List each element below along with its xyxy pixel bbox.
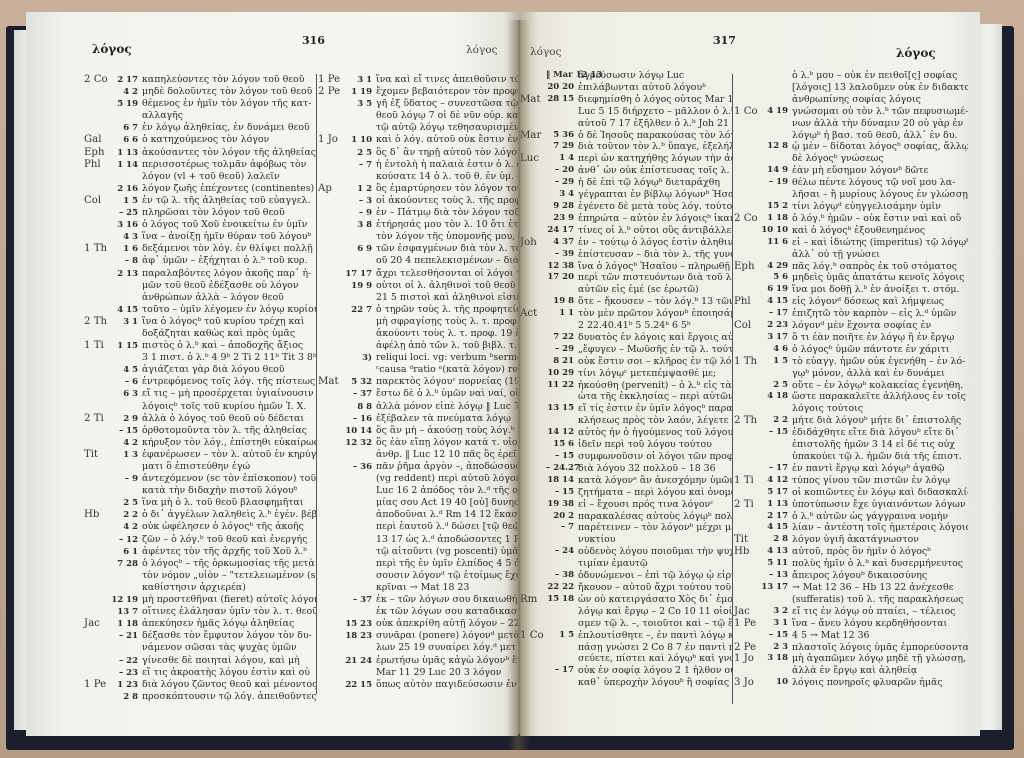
verse-number [760,403,792,415]
verse-number: 9 28 [546,201,578,213]
book-reference [84,655,110,667]
verse-number: – 15 [546,451,578,463]
verse-number: 18 23 [344,630,376,642]
book-reference [318,340,344,352]
concordance-entry: 3 1 πιστ. ὁ λ.ᵇ 4 9ᵇ 2 Ti 2 11ᵇ Tit 3 8ᵇ [84,352,316,364]
book-reference [734,82,760,94]
concordance-entry: – 6ἐντρεφόμενος τοῖς λόγ. τῆς πίστεως [84,376,316,388]
book-reference [84,473,110,485]
verse-number: 6 1 [110,546,142,558]
entry-text: ὁ λόγοςᵇ ὑμῶν πάντοτε ἐν χάριτι [792,344,949,356]
concordance-entry: ἀλλ᾽ οὐ τῇ γνώσει [734,249,968,261]
entry-text: ἀγρεύσωσιν λόγῳ Luc [578,70,684,82]
entry-text: θέμενος ἐν ἡμῖν τὸν λόγον τῆς κατ- [142,98,311,110]
verse-number [110,171,142,183]
concordance-entry: Act1 1τὸν μὲν πρῶτον λόγονᵇ ἐποιησάμην [520,308,732,320]
concordance-entry: 4 2κήρυξον τὸν λόγ., ἐπίστηθι εὐκαίρως [84,437,316,449]
concordance-entry: – 17ἐν παντὶ ἔργῳ καὶ λόγῳᵇ ἀγαθῷ [734,463,968,475]
concordance-entry: τὸν νόμον „υἱὸν – "τετελειωμένον (sc [84,570,316,582]
verse-number [546,558,578,570]
entry-text: ὧν οὐ κατειργάσατο Χὸς δι᾽ ἐμοῦ –, [578,594,732,606]
verse-number: – 15 [110,425,142,437]
concordance-entry: – 17οὐκ ἐν σοφίᾳ λόγου 2 1 ἦλθον οὐ [520,665,732,677]
book-reference [318,292,344,304]
concordance-entry: 2 5ὃς δ᾽ ἂν τηρῇ αὐτοῦ τὸν λόγον [318,147,518,159]
concordance-entry: 1 Jo1 10καὶ ὁ λόγ. αὐτοῦ οὐκ ἔστιν ἐν ἡμ… [318,134,518,146]
concordance-entry: 3 16ὁ λόγος τοῦ Χοῦ ἐνοικείτω ἐν ὑμῖν [84,219,316,231]
concordance-entry: 12 8ᾧ μὲν – δίδοται λόγοςᵇ σοφίας, ἄλλῳ [734,141,968,153]
entry-text: κρῖναι → Mat 18 23 [376,582,469,594]
entry-text: ἐδιδάχθητε εἴτε διὰ λόγουᵇ εἴτε δι᾽ [792,427,959,439]
entry-text: οὐκ ἔστιν σοι – κλῆρος ἐν τῷ λόγῳᵇ [578,356,732,368]
entry-text: συμφωνοῦσιν οἱ λόγοι τῶν προφητῶν [578,451,732,463]
book-reference [84,231,110,243]
book-reference [734,630,760,642]
entry-text: σουσιν λόγονᵈ τῷ ἑτοίμως ἔχοντι [376,570,518,582]
verse-number [760,94,792,106]
concordance-entry: Phl4 15εἰς λόγονᵈ δόσεως καὶ λήμψεως [734,296,968,308]
verse-number [110,485,142,497]
entry-text: ἤκουον – αὐτοῦ ἄχρι τούτου τοῦ λ. [578,582,732,594]
concordance-entry: 6 3εἴ τις – μὴ προσέρχεται ὑγιαίνουσιν [84,388,316,400]
concordance-entry: – 29„ἔφυγεν – Μωϋσῆς ἐν τῷ λ. τούτῳ" [520,344,732,356]
book-reference: 1 Pe [318,74,344,86]
concordance-entry: Gal6 6ὁ κατηχούμενος τὸν λόγον [84,134,316,146]
concordance-entry: δὲ λόγοςᵇ γνώσεως [734,153,968,165]
entry-text: ὁ λ.ᵇ μου – οὐκ ἐν πειθοῖ[ς] σοφίας [792,70,957,82]
concordance-entry: 3 Jo10λόγοις πονηροῖς φλυαρῶν ἡμᾶς [734,677,968,689]
concordance-entry: 20 2παρακαλέσας αὐτοὺς λόγῳᵇ πολλῷ [520,511,732,523]
verse-number [546,606,578,618]
concordance-entry: τῷ αἰτοῦντι (vg poscenti) ὑμᾶς λ.ᵈ [318,546,518,558]
entry-text: ἀλλὰ ἐν ἔργῳ καὶ ἀληθείᾳ [792,665,917,677]
entry-text: αὐτοῦ 7 17 ἐξῆλθεν ὁ λ.ᵇ Joh 21 23ᵇ [578,118,732,130]
verse-number: – 8 [110,255,142,267]
verse-number: – 37 [344,388,376,400]
verse-number [546,642,578,654]
book-reference: 3 Jo [734,677,760,689]
left-page-column-2: 1 Pe3 1ἵνα καὶ εἴ τινες ἀπειθοῦσιν τῷ λό… [318,74,518,691]
concordance-entry: οῦ 20 4 πεπελεκισμένων – διὰ κτλ. [318,255,518,267]
book-reference [734,522,760,534]
verse-number: 19 8 [546,296,578,308]
verse-number: – 16 [344,413,376,425]
right-page-column-2: ὁ λ.ᵇ μου – οὐκ ἐν πειθοῖ[ς] σοφίας[λόγο… [734,70,968,689]
book-reference [734,427,760,439]
book-gutter [508,20,530,750]
entry-text: παρέτεινεν – τὸν λόγονᵇ μέχρι μεσο- [578,522,732,534]
entry-text: ἀνθρώπων ἀλλὰ – λόγον θεοῦ [142,292,284,304]
book-reference [318,243,344,255]
verse-number: 4 12 [760,475,792,487]
left-page-column-1: 2 Co2 17καπηλεύοντες τὸν λόγον τοῦ θεοῦ4… [84,74,316,703]
entry-text: ἔχομεν βεβαιότερον τὸν προφητ. λ.ᵇ [376,86,518,98]
verse-number: – 24.27 [546,463,578,475]
entry-text: (sufferatis) τοῦ λ. τῆς παρακλήσεως [792,594,963,606]
concordance-entry: ὁ λ.ᵇ μου – οὐκ ἐν πειθοῖ[ς] σοφίας [734,70,968,82]
concordance-entry: Luc 16 2 ἀπόδος τὸν λ.ᵈ τῆς οἰκονο- [318,485,518,497]
book-reference [734,130,760,142]
concordance-entry: 2 13παραλαβόντες λόγον ἀκοῆς παρ᾽ ἡ- [84,268,316,280]
verse-number: 5 6 [760,272,792,284]
verse-number: 1 18 [760,213,792,225]
book-reference [734,439,760,451]
concordance-entry: 5 19θέμενος ἐν ἡμῖν τὸν λόγον τῆς κατ- [84,98,316,110]
concordance-entry: – 16ἐξέβαλεν τὰ πνεύματα λόγῳ [318,413,518,425]
entry-text: πολὺς ἡμῖν ὁ λ.ᵇ καὶ δυσερμήνευτος [792,558,963,570]
entry-text: ὥστε παρακαλεῖτε ἀλλήλους ἐν τοῖς [792,391,966,403]
entry-text: αλλαγῆς [142,110,183,122]
verse-number: 19 38 [546,499,578,511]
concordance-entry: μῶν τοῦ θεοῦ ἐδέξασθε οὐ λόγον [84,280,316,292]
book-reference [734,594,760,606]
concordance-entry: 6 9τῶν ἐσφαγμένων διὰ τὸν λ. τοῦ θε- [318,243,518,255]
entry-text: μῶν τοῦ θεοῦ ἐδέξασθε οὐ λόγον [142,280,299,292]
book-reference [318,328,344,340]
concordance-entry: 2 Co1 18ὁ λόγ.ᵇ ἡμῶν – οὐκ ἔστιν ναὶ καὶ… [734,213,968,225]
book-reference [84,461,110,473]
entry-text: ἀφέντες τὸν τῆς ἀρχῆς τοῦ Χοῦ λ.ᵇ [142,546,307,558]
entry-text: ὃς ἐμαρτύρησεν τὸν λόγον τοῦ θεοῦ [376,183,518,195]
entry-text: μηδὲ δολοῦντες τὸν λόγον τοῦ θεοῦ [142,86,312,98]
book-reference [318,630,344,642]
entry-text: πᾶς λόγ.ᵇ σαπρὸς ἐκ τοῦ στόματος [792,261,957,273]
concordance-entry: – 13ἄπειρος λόγουᵇ δικαιοσύνης [734,570,968,582]
concordance-entry: 10 10καὶ ὁ λόγοςᵇ ἐξουθενημένος [734,225,968,237]
concordance-entry: – 29ἡ δὲ ἐπὶ τῷ λόγῳᵇ διεταράχθη [520,177,732,189]
verse-number: 12 32 [344,437,376,449]
book-reference [84,268,110,280]
concordance-entry: (sufferatis) τοῦ λ. τῆς παρακλήσεως [734,594,968,606]
entry-text: τὸ εὐαγγ. ἡμῶν οὐκ ἐγενήθη – ἐν λό- [792,356,965,368]
book-reference: Phl [734,296,760,308]
concordance-entry: 2 Co2 17καπηλεύοντες τὸν λόγον τοῦ θεοῦ [84,74,316,86]
verse-number: – 13 [760,570,792,582]
right-page-number: 317 [713,34,736,47]
verse-number: 1 19 [344,86,376,98]
book-reference [318,316,344,328]
concordance-entry: 11 22ἠκούσθη (pervenit) – ὁ λ.ᵇ εἰς τὰ [520,380,732,392]
entry-text: Luc 16 2 ἀπόδος τὸν λ.ᵈ τῆς οἰκονο- [376,485,518,497]
verse-number: 2 8 [760,534,792,546]
verse-number [344,546,376,558]
book-reference: 2 Co [84,74,110,86]
concordance-entry: δοξάζηται καθὼς καὶ πρὸς ὑμᾶς [84,328,316,340]
entry-text: λόγῳ καὶ ἔργῳ – 2 Co 10 11 οἷοί ἐ- [578,606,732,618]
entry-text: θεοῦ λόγῳ 7 οἱ δὲ νῦν οὐρ. καὶ ἡ γῆ [376,110,518,122]
verse-number: 22 15 [344,679,376,691]
book-reference [84,582,110,594]
entry-text: ὁ δι᾽ ἀγγέλων λαληθεὶς λ.ᵇ ἐγέν. βέβ. [142,509,316,521]
entry-text: ἐπηρώτα – αὐτὸν ἐν λόγοιςᵇ ἱκανοῖς [578,213,732,225]
verse-number [344,642,376,654]
verse-number: – 15 [546,487,578,499]
concordance-entry: σεύετε, πίστει καὶ λόγῳᵇ καὶ γνώσει [520,653,732,665]
entry-text: ἀπεκύησεν ἡμᾶς λόγῳ ἀληθείας [142,618,294,630]
entry-text: νυκτίου [578,534,615,546]
book-reference [734,201,760,213]
verse-number [110,582,142,594]
concordance-entry: 2 Ti2 9ἀλλὰ ὁ λόγος τοῦ θεοῦ οὐ δέδεται [84,413,316,425]
book-reference [734,665,760,677]
entry-text: οὐδενὸς λόγου ποιοῦμαι τὴν ψυχὴν [578,546,732,558]
entry-text: περὶ ὧν κατηχήθης λόγων τὴν ἀσφ. [578,153,732,165]
book-reference [84,558,110,570]
entry-text: Mar 11 29 Luc 20 3 λόγον [376,667,501,679]
concordance-entry: γῳᵇ μόνον, ἀλλὰ καὶ ἐν δυνάμει [734,368,968,380]
concordance-entry: αλλαγῆς [84,110,316,122]
book-reference [318,521,344,533]
verse-number: 13 7 [110,606,142,618]
concordance-entry: 4 2μηδὲ δολοῦντες τὸν λόγον τοῦ θεοῦ [84,86,316,98]
verse-number [344,497,376,509]
verse-number: 4 37 [546,237,578,249]
concordance-entry: 12 32ὃς ἐὰν εἴπῃ λόγον κατὰ τ. υἱοῦ τοῦ [318,437,518,449]
verse-number [546,653,578,665]
concordance-entry: 23 9ἐπηρώτα – αὐτὸν ἐν λόγοιςᵇ ἱκανοῖς [520,213,732,225]
verse-number [344,558,376,570]
entry-text: νάμενον σῶσαι τὰς ψυχὰς ὑμῶν [142,642,297,654]
concordance-entry: – 23εἴ τις ἀκροατὴς λόγου ἐστὶν καὶ οὐ [84,667,316,679]
verse-number [760,665,792,677]
verse-number [546,415,578,427]
concordance-entry: – 9ἐν – Πάτμῳ διὰ τὸν λόγον τοῦ θεοῦ [318,207,518,219]
verse-number: 3 16 [110,219,142,231]
concordance-entry: – 15ὀρθοτομοῦντα τὸν λ. τῆς ἀληθείας [84,425,316,437]
concordance-entry: – 3οἱ ἀκούοντες τοὺς λ. τῆς προφητείας [318,195,518,207]
concordance-entry: Hb2 2ὁ δι᾽ ἀγγέλων λαληθεὶς λ.ᵇ ἐγέν. βέ… [84,509,316,521]
verse-number [546,284,578,296]
verse-number: 4 3 [110,231,142,243]
verse-number: – 29 [546,344,578,356]
entry-text: ἐπιστολῆς ἡμῶν 3 14 εἰ δέ τις οὐχ [792,439,955,451]
entry-text: καθίστησιν ἀρχιερέα) [142,582,246,594]
entry-text: γνώσομαι οὐ τὸν λ.ᵇ τῶν πεφυσιωμέ- [792,106,968,118]
entry-text: τῶν ἐσφαγμένων διὰ τὸν λ. τοῦ θε- [376,243,518,255]
book-reference [84,171,110,183]
book-reference [318,122,344,134]
book-reference [84,207,110,219]
verse-number: 2 2 [760,415,792,427]
book-reference [734,487,760,499]
verse-number: 5 32 [344,376,376,388]
entry-text: Luc 5 15 διήρχετο – μᾶλλον ὁ λ.ᵇ περὶ [578,106,732,118]
book-reference: 2 Ti [84,413,110,425]
concordance-entry: νυκτίου [520,534,732,546]
book-reference: 2 Th [84,316,110,328]
verse-number: 7 22 [546,332,578,344]
concordance-entry: 19 38εἰ – ἔχουσι πρός τινα λόγονᶜ [520,499,732,511]
entry-text: ὅτε – ἤκουσεν – τὸν λόγ.ᵇ 13 τῶν λ.ᵇ [578,296,732,308]
concordance-entry: κούσατε 14 ὁ λ. τοῦ θ. ἐν ὑμ. μένει [318,171,518,183]
entry-text: μὴ ἀγαπῶμεν λόγῳ μηδὲ τῇ γλώσσῃ, [792,653,966,665]
verse-number: – 3 [344,195,376,207]
concordance-entry: Tit2 8λόγον ὑγιῆ ἀκατάγνωστον [734,534,968,546]
entry-text: δέξασθε τὸν ἔμφυτον λόγον τὸν δυ- [142,630,312,642]
concordance-entry: Eph4 29πᾶς λόγ.ᵇ σαπρὸς ἐκ τοῦ στόματος [734,261,968,273]
book-reference [318,534,344,546]
entry-text: ἵνα ὁ λόγοςᵇ τοῦ κυρίου τρέχῃ καὶ [142,316,304,328]
concordance-entry: 18 14κατὰ λόγονᵉ ἂν ἀνεσχόμην ὑμῶν [520,475,732,487]
entry-text: κλήσεως πρὸς τὸν λαόν, λέγετε [578,415,729,427]
verse-number: 4 2 [110,86,142,98]
entry-text: λόγοις τούτοις [792,403,863,415]
concordance-entry: 1 Th1 6δεξάμενοι τὸν λόγ. ἐν θλίψει πολλ… [84,243,316,255]
concordance-entry: λόγῳᵇ ἡ βασ. τοῦ θεοῦ, ἀλλ᾽ ἐν δυ. [734,130,968,142]
concordance-entry: σουσιν λόγονᵈ τῷ ἑτοίμως ἔχοντι [318,570,518,582]
entry-text: λων 25 19 συναίρει λόγ.ᵈ μετ᾽ αὐτῶν [376,642,518,654]
entry-text: ᶜcausa ᵈratio ᵉ(κατὰ λόγον) recte [376,364,518,376]
concordance-entry: 22 7ὁ τηρῶν τοὺς λ. τῆς προφητείας 9.10 [318,304,518,316]
book-reference: Tit [84,449,110,461]
concordance-entry: 9 28ἐγένετο δὲ μετὰ τοὺς λόγ. τούτους [520,201,732,213]
concordance-entry: 4 6ὁ λόγοςᵇ ὑμῶν πάντοτε ἐν χάριτι [734,344,968,356]
concordance-entry: – 9ἀντεχόμενον (sc τὸν ἐπίσκοπον) τοῦ [84,473,316,485]
entry-text: ὁ λ.ᵇ αὐτῶν ὡς γάγγραινα νομὴν [792,511,948,523]
book-reference: Hb [84,509,110,521]
entry-text: οἵτινες ἐλάλησαν ὑμῖν τὸν λ. τ. θεοῦ [142,606,316,618]
verse-number: 11 22 [546,380,578,392]
verse-number: – 21 [110,630,142,642]
concordance-entry: καθ᾽ ὑπεροχὴν λόγουᵇ ἢ σοφίας 4 [520,677,732,689]
verse-number: – 9 [110,473,142,485]
verse-number [760,451,792,463]
entry-text: ἵνα καὶ εἴ τινες ἀπειθοῦσιν τῷ λόγῳ [376,74,518,86]
book-reference [318,171,344,183]
entry-text: ἐν – Πάτμῳ διὰ τὸν λόγον τοῦ θεοῦ [376,207,518,219]
entry-text: πλαστοῖς λόγοις ὑμᾶς ἐμπορεύσονται [792,642,968,654]
concordance-entry: – 15ἐδιδάχθητε εἴτε διὰ λόγουᵇ εἴτε δι᾽ [734,427,968,439]
verse-number: 6 19 [760,284,792,296]
entry-text: ὁ δὲ Ἰησοῦς παρακούσας τὸν λόγον [578,130,732,142]
concordance-entry: Mar 11 29 Luc 20 3 λόγον [318,667,518,679]
verse-number [110,352,142,364]
book-reference [734,391,760,403]
entry-text: λόγον ζωῆς ἐπέχοντες (continentes) [142,183,314,195]
entry-text: μίας σου Act 19 40 [οὐ] δυνησόμεθα [376,497,518,509]
verse-number: 3 18 [760,653,792,665]
verse-number: 3 5 [344,98,376,110]
verse-number: 1 14 [110,159,142,171]
entry-text: πάσῃ γνώσει 2 Co 8 7 ἐν παντὶ περισ- [578,642,732,654]
verse-number: 1 5 [110,195,142,207]
concordance-entry: – 7παρέτεινεν – τὸν λόγονᵇ μέχρι μεσο- [520,522,732,534]
verse-number: 20 20 [546,82,578,94]
book-reference [84,86,110,98]
verse-number: 8 21 [546,356,578,368]
verse-number [110,328,142,340]
concordance-entry: 10 14ὃς ἂν μὴ – ἀκούσῃ τοὺς λόγ.ᵇ ὑμῶν [318,425,518,437]
book-reference [318,255,344,267]
entry-text: 21 5 πιστοὶ καὶ ἀληθινοὶ εἰσιν 22 6 [376,292,518,304]
verse-number: 24 17 [546,225,578,237]
concordance-entry: – 37ἔστω δὲ ὁ λ.ᵇ ὑμῶν ναὶ ναί, οὒ οὔ [318,388,518,400]
verse-number: 3 1 [760,618,792,630]
entry-text: διὰ τοῦτον τὸν λ.ᵇ ὕπαγε, ἐξελήλυθ. [578,141,732,153]
book-reference: Eph [734,261,760,273]
entry-text: „ἔφυγεν – Μωϋσῆς ἐν τῷ λ. τούτῳ" [578,344,732,356]
concordance-entry: – 17ἐπιζητῶ τὸν καρπὸν – εἰς λ.ᵈ ὑμῶν [734,308,968,320]
concordance-entry: 4 18ὥστε παρακαλεῖτε ἀλλήλους ἐν τοῖς [734,391,968,403]
book-reference [734,237,760,249]
concordance-entry: 12 38ἵνα ὁ λόγοςᵇ Ἠσαΐου – πληρωθῇ [520,261,732,273]
concordance-entry: 1 Co1 5ἐπλουτίσθητε –, ἐν παντὶ λόγῳ καὶ [520,630,732,642]
book-reference: 1 Pe [84,679,110,691]
concordance-entry: 15 23οὐκ ἀπεκρίθη αὐτῇ λόγον – 22 46 [318,618,518,630]
book-reference: 2 Pe [734,642,760,654]
entry-text: νων ἀλλὰ τὴν δύναμιν 20 οὐ γὰρ ἐν [792,118,963,130]
verse-number: 10 14 [344,425,376,437]
entry-text: ἀνθρωπίνης σοφίας λόγοις [792,94,921,106]
concordance-entry: Luc 5 15 διήρχετο – μᾶλλον ὁ λ.ᵇ περὶ [520,106,732,118]
book-reference [318,401,344,413]
concordance-entry: 13 15εἴ τίς ἐστιν ἐν ὑμῖν λόγοςᵇ παρα- [520,403,732,415]
entry-text: παραλαβόντες λόγον ἀκοῆς παρ᾽ ἡ- [142,268,311,280]
verse-number: 3 1 [110,316,142,328]
entry-text: εἴ τις – μὴ προσέρχεται ὑγιαίνουσιν [142,388,314,400]
book-reference: Jac [734,606,760,618]
concordance-entry: ἀνθρ. ‖ Luc 12 10 πᾶς ὃς ἐρεῖ λ. εἰς- [318,449,518,461]
entry-text: εἰ – καὶ ἰδιώτης (imperitus) τῷ λόγῳᵇ, [792,237,968,249]
book-reference: Col [84,195,110,207]
book-reference: 1 Jo [734,653,760,665]
concordance-entry: – 22γίνεσθε δὲ ποιηταὶ λόγου, καὶ μὴ [84,655,316,667]
entry-text: σμεν τῷ λ. –, τοιοῦτοι καὶ – τῷ ἔργῳ [578,618,732,630]
verse-number [344,509,376,521]
concordance-entry: – 39ἐπίστευσαν – διὰ τὸν λ. τῆς γυναικ. [520,249,732,261]
book-reference [318,618,344,630]
verse-number: 1 3 [110,449,142,461]
entry-text: ἐν παντὶ ἔργῳ καὶ λόγῳᵇ ἀγαθῷ [792,463,944,475]
verse-number: 1 5 [546,630,578,642]
verse-number [546,106,578,118]
concordance-entry: 2 16λόγον ζωῆς ἐπέχοντες (continentes) [84,183,316,195]
concordance-entry: 13 17→ Mat 12 36 – Hb 13 22 ἀνέχεσθε [734,582,968,594]
verse-number: 1 10 [344,134,376,146]
entry-text: ἐκ – τῶν λόγων σου δικαιωθήσῃ, καὶ [376,594,518,606]
concordance-entry: 11 6εἰ – καὶ ἰδιώτης (imperitus) τῷ λόγῳ… [734,237,968,249]
book-reference [84,376,110,388]
book-reference: 1 Th [84,243,110,255]
column-rule [316,74,317,694]
book-reference [84,642,110,654]
entry-text: τῷ αἰτοῦντι (vg poscenti) ὑμᾶς λ.ᵈ [376,546,518,558]
verse-number: 6 3 [110,388,142,400]
entry-text: οἱ κοπιῶντες ἐν λόγῳ καὶ διδασκαλίᾳ [792,487,968,499]
concordance-entry: – 154 5 → Mat 12 36 [734,630,968,642]
book-reference [318,582,344,594]
verse-number: 15 23 [344,618,376,630]
entry-text: λόγον (vl + τοῦ θεοῦ) λαλεῖν [142,171,280,183]
entry-text: περὶ τῶν πιστευόντων διὰ τοῦ λόγου [578,272,732,284]
book-reference [318,280,344,292]
verse-number [760,130,792,142]
verse-number: 8 8 [344,401,376,413]
book-reference: Jac [84,618,110,630]
concordance-entry: 3 5γῆ ἐξ ὕδατος – συνεστῶσα τῷ τοῦ [318,98,518,110]
verse-number: 14 9 [760,165,792,177]
concordance-entry: 14 12αὐτὸς ἦν ὁ ἡγούμενος τοῦ λόγου [520,427,732,439]
concordance-entry: 1 Pe3 1ἵνα καὶ εἴ τινες ἀπειθοῦσιν τῷ λό… [318,74,518,86]
verse-number: 19 9 [344,280,376,292]
book-reference [734,165,760,177]
book-reference: Tit [734,534,760,546]
concordance-entry: 2 17ὁ λ.ᵇ αὐτῶν ὡς γάγγραινα νομὴν [734,511,968,523]
concordance-entry: 10 29τίνι λόγῳᶜ μετεπέμψασθέ με; [520,368,732,380]
entry-text: ἁγιάζεται γὰρ διὰ λόγου θεοῦ [142,364,284,376]
concordance-entry: ἀνθρωπίνης σοφίας λόγοις [734,94,968,106]
right-page-edges [978,24,1002,730]
